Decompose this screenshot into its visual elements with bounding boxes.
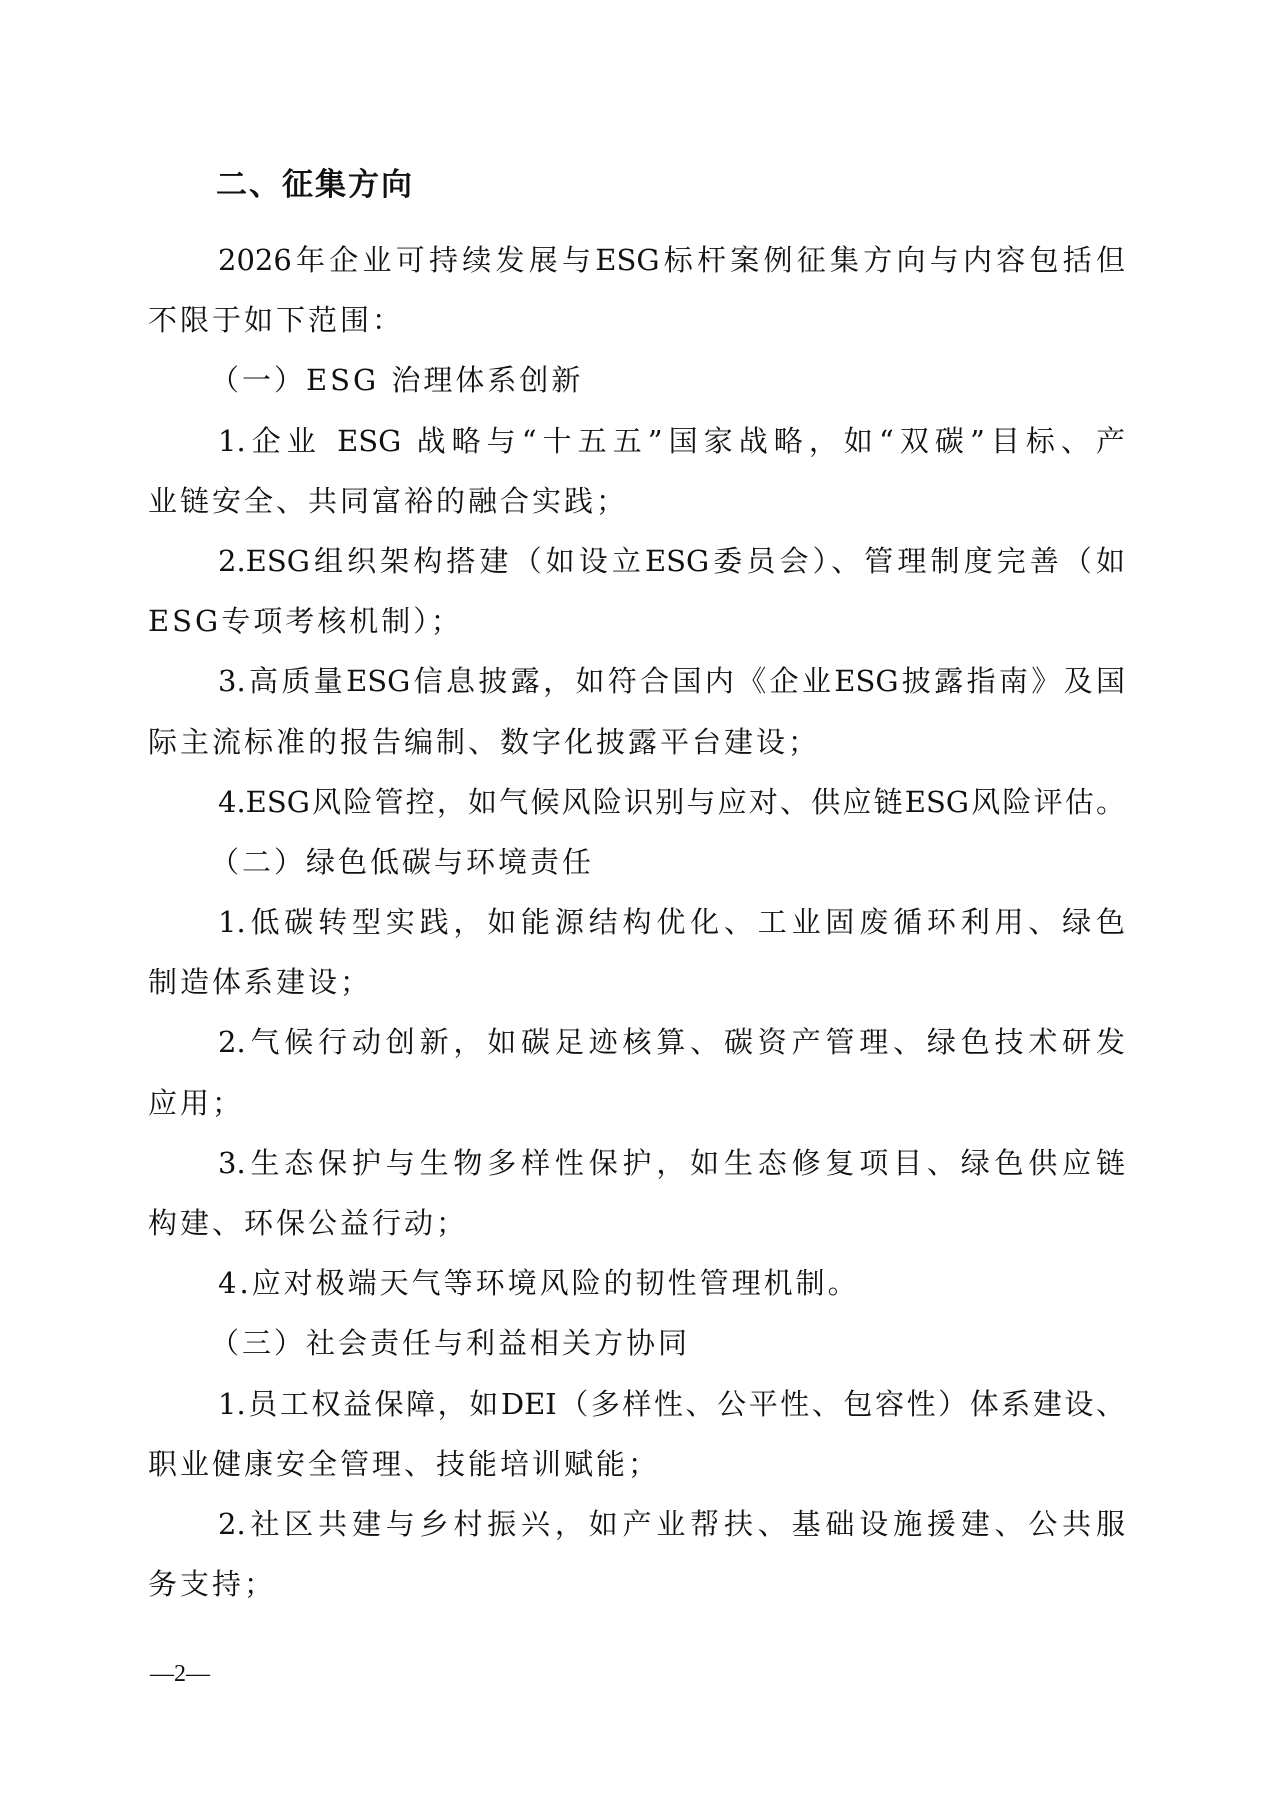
subsection-heading-social: （三）社会责任与利益相关方协同 [148, 1313, 1125, 1373]
list-item-social-2-line-1: 2.社区共建与乡村振兴，如产业帮扶、基础设施援建、公共服 [148, 1494, 1125, 1554]
subsection-heading-green-low-carbon: （二）绿色低碳与环境责任 [148, 832, 1125, 892]
list-item-green-4: 4.应对极端天气等环境风险的韧性管理机制。 [148, 1253, 1125, 1313]
list-item-governance-4: 4.ESG风险管控，如气候风险识别与应对、供应链ESG风险评估。 [148, 772, 1125, 832]
list-item-social-1-line-2: 职业健康安全管理、技能培训赋能； [148, 1434, 1125, 1494]
list-item-governance-2-line-2: ESG专项考核机制）； [148, 591, 1125, 651]
list-item-governance-1-line-1: 1.企业 ESG 战略与“十五五”国家战略，如“双碳”目标、产 [148, 411, 1125, 471]
list-item-green-3-line-2: 构建、环保公益行动； [148, 1193, 1125, 1253]
list-item-green-2-line-1: 2.气候行动创新，如碳足迹核算、碳资产管理、绿色技术研发 [148, 1012, 1125, 1072]
paragraph-intro-line-2: 不限于如下范围： [148, 290, 1125, 350]
list-item-green-1-line-1: 1.低碳转型实践，如能源结构优化、工业固废循环利用、绿色 [148, 892, 1125, 952]
list-item-social-2-line-2: 务支持； [148, 1554, 1125, 1614]
document-body: 2026年企业可持续发展与ESG标杆案例征集方向与内容包括但 不限于如下范围： … [148, 230, 1125, 1614]
list-item-governance-2-line-1: 2.ESG组织架构搭建（如设立ESG委员会）、管理制度完善（如 [148, 531, 1125, 591]
subsection-heading-governance: （一）ESG 治理体系创新 [148, 350, 1125, 410]
document-page: 二、征集方向 2026年企业可持续发展与ESG标杆案例征集方向与内容包括但 不限… [0, 0, 1280, 1810]
list-item-governance-1-line-2: 业链安全、共同富裕的融合实践； [148, 471, 1125, 531]
list-item-green-1-line-2: 制造体系建设； [148, 952, 1125, 1012]
paragraph-intro-line-1: 2026年企业可持续发展与ESG标杆案例征集方向与内容包括但 [148, 230, 1125, 290]
list-item-green-3-line-1: 3.生态保护与生物多样性保护，如生态修复项目、绿色供应链 [148, 1133, 1125, 1193]
list-item-governance-3-line-2: 际主流标准的报告编制、数字化披露平台建设； [148, 712, 1125, 772]
list-item-social-1-line-1: 1.员工权益保障，如DEI（多样性、公平性、包容性）体系建设、 [148, 1374, 1125, 1434]
section-heading: 二、征集方向 [216, 160, 414, 210]
list-item-green-2-line-2: 应用； [148, 1073, 1125, 1133]
list-item-governance-3-line-1: 3.高质量ESG信息披露，如符合国内《企业ESG披露指南》及国 [148, 651, 1125, 711]
page-number: —2— [150, 1656, 210, 1692]
